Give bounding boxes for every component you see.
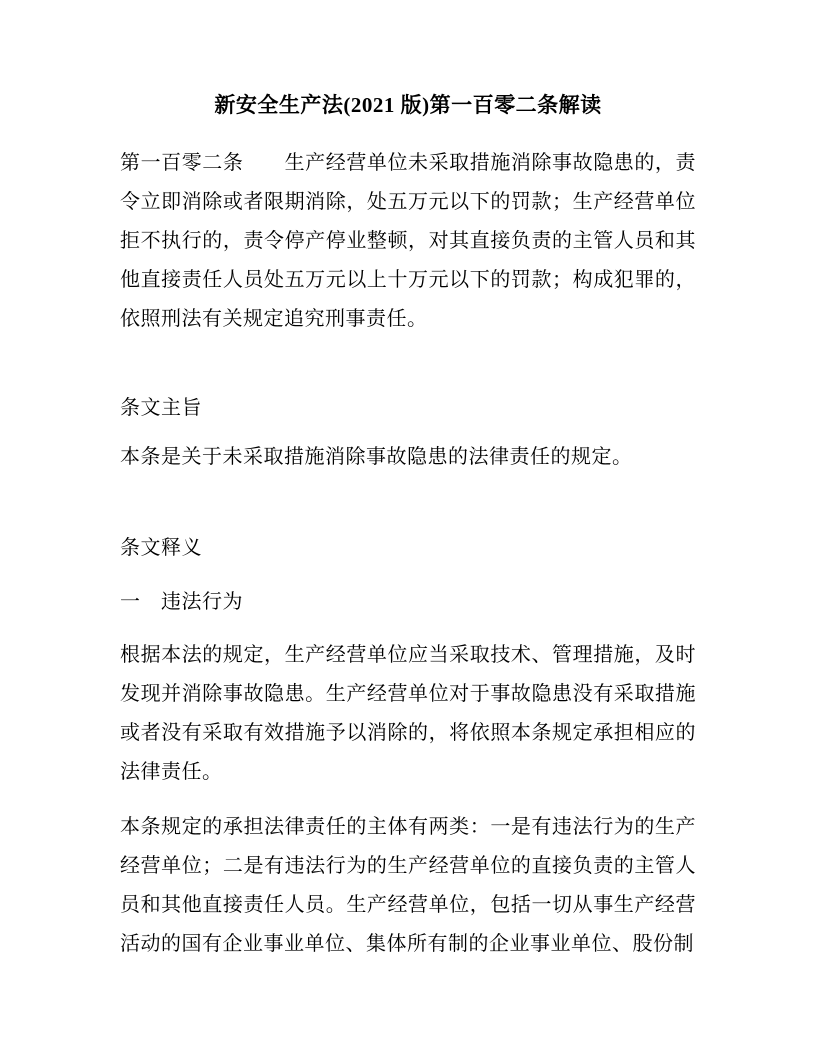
- paragraph-shiyi-body-2: 本条规定的承担法律责任的主体有两类：一是有违法行为的生产经营单位；二是有违法行为…: [120, 808, 696, 964]
- paragraph-shiyi-body-1: 根据本法的规定，生产经营单位应当采取技术、管理措施，及时发现并消除事故隐患。生产…: [120, 636, 696, 792]
- section-heading-tiaowen-shiyi: 条文释义: [120, 529, 696, 568]
- paragraph-zhuzhi-body: 本条是关于未采取措施消除事故隐患的法律责任的规定。: [120, 438, 696, 477]
- document-page: 新安全生产法(2021 版)第一百零二条解读 第一百零二条 生产经营单位未采取措…: [0, 0, 816, 1056]
- sub-heading-weifa-xingwei: 一 违法行为: [120, 583, 696, 622]
- paragraph-article-102: 第一百零二条 生产经营单位未采取措施消除事故隐患的，责令立即消除或者限期消除，处…: [120, 144, 696, 339]
- section-heading-tiaowen-zhuzhi: 条文主旨: [120, 389, 696, 428]
- document-title: 新安全生产法(2021 版)第一百零二条解读: [120, 86, 696, 125]
